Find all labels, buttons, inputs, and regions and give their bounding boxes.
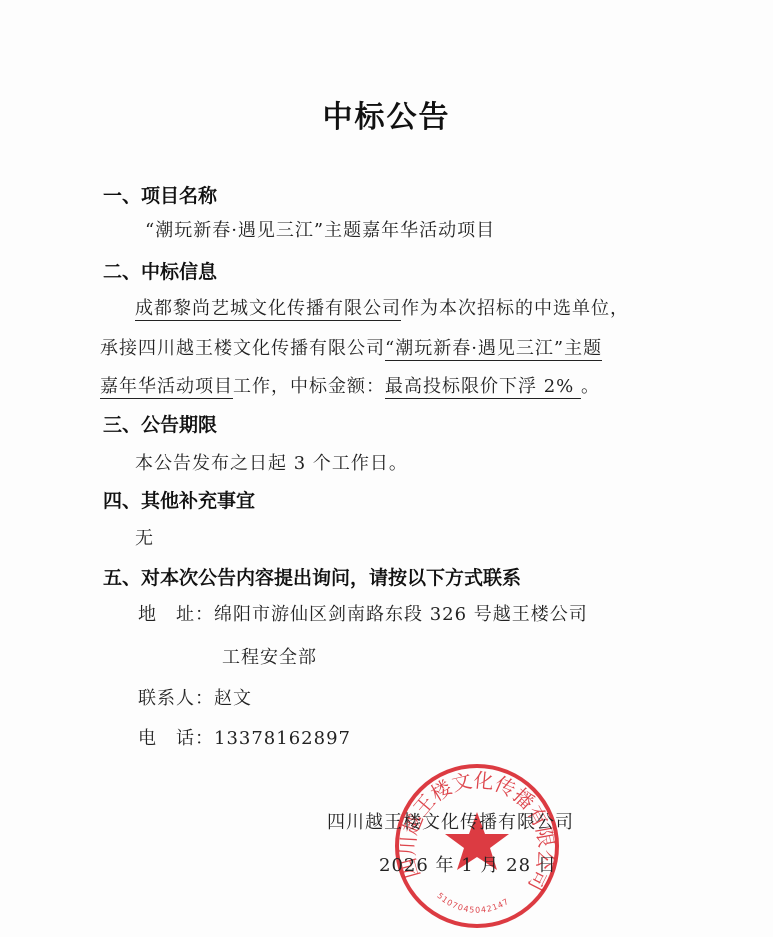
address-row: 地 址：绵阳市游仙区剑南路东段 326 号越王楼公司 [138,600,588,626]
contact-person-row: 联系人：赵文 [138,684,252,710]
section-heading-award-info: 二、中标信息 [103,257,217,284]
award-line-1: 成都黎尚艺城文化传播有限公司作为本次招标的中选单位， [135,294,629,320]
section-heading-period: 三、公告期限 [103,410,217,437]
project-name: “潮玩新春·遇见三江”主题嘉年华活动项目 [145,216,495,242]
section-heading-other: 四、其他补充事宜 [103,486,255,513]
person-label: 联系人： [138,688,214,709]
award-amount: 最高投标限价下浮 2% [385,376,581,399]
period-text: 本公告发布之日起 3 个工作日。 [135,449,408,475]
phone-row: 电 话：13378162897 [138,724,351,750]
phone-label: 电 话： [138,728,214,749]
award-line-2: 承接四川越王楼文化传播有限公司“潮玩新春·遇见三江”主题 [100,334,602,360]
address-label: 地 址： [138,604,214,625]
award-text: 承接四川越王楼文化传播有限公司 [100,338,385,359]
award-text: 工作，中标金额： [233,376,385,397]
address-line-2: 工程安全部 [222,643,317,669]
company-seal-stamp: 四川越王楼文化传播有限公司 5107045042147 [393,762,561,930]
award-text: 。 [581,376,600,397]
signature-date: 2026 年 1 月 28 日 [379,851,557,877]
section-heading-project-name: 一、项目名称 [103,181,217,208]
award-line-3: 嘉年华活动项目工作，中标金额：最高投标限价下浮 2% 。 [100,372,600,398]
signature-company: 四川越王楼文化传播有限公司 [327,808,574,834]
svg-text:5107045042147: 5107045042147 [435,891,511,915]
award-text: 作为本次招标的中选单位， [401,298,629,319]
person-value: 赵文 [214,688,252,709]
section-heading-contact: 五、对本次公告内容提出询问，请按以下方式联系 [103,563,521,590]
address-value: 绵阳市游仙区剑南路东段 326 号越王楼公司 [214,604,588,625]
winning-company: 成都黎尚艺城文化传播有限公司 [135,298,401,321]
page-title: 中标公告 [0,92,773,136]
project-ref: “潮玩新春·遇见三江”主题 [385,338,602,361]
phone-value: 13378162897 [214,728,351,749]
other-text: 无 [135,524,154,550]
project-ref-cont: 嘉年华活动项目 [100,376,233,399]
